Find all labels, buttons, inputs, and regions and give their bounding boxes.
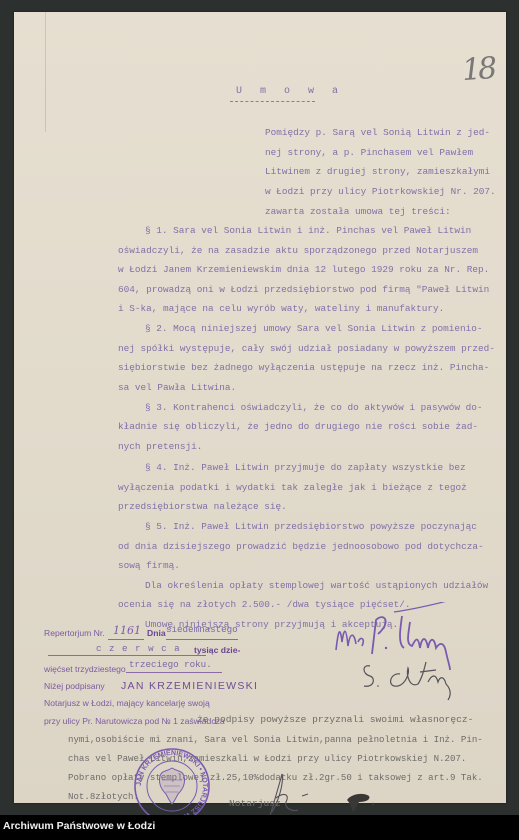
paragraph-2-line: § 2. Mocą niniejszej umowy Sara vel Soni… [145, 323, 483, 334]
paragraph-4-line: § 4. Inż. Paweł Litwin przyjmuje do zapł… [145, 462, 466, 473]
paragraph-4-line: wyłączenia podatki i wydatki tak zaległe… [118, 482, 467, 493]
signed-label: Niżej podpisany [44, 681, 105, 691]
paragraph-5-line: od dnia dzisiejszego prowadzić będzie je… [118, 541, 484, 552]
day-value: siedemnastego [166, 624, 238, 635]
intro-line: w Łodzi przy ulicy Piotrkowskiej Nr. 207… [265, 186, 496, 197]
paragraph-1-line: w Łodzi Janem Krzemieniewskim dnia 12 lu… [118, 264, 489, 275]
fill-line [126, 672, 222, 673]
certification-line: chas vel Paweł Litwin,zamieszkali w Łodz… [68, 753, 466, 764]
signature-s-litwin [356, 652, 466, 702]
paragraph-1-line: § 1. Sara vel Sonia Litwin i inż. Pincha… [145, 225, 471, 236]
fill-line [166, 639, 238, 640]
archive-name: Archiwum Państwowe w Łodzi [3, 820, 155, 832]
paragraph-1-line: 604, prowadzą oni w Łodzi przedsiębiorst… [118, 284, 489, 295]
paragraph-3-line: § 3. Kontrahenci oświadczyli, że co do a… [145, 402, 483, 413]
fill-line [48, 655, 206, 656]
paragraph-5-line: sową firmą. [118, 560, 180, 571]
office-line: Notarjusz w Łodzi, mający kancelarję swo… [44, 698, 210, 708]
document-title: U m o w a [236, 85, 344, 98]
image-viewer: 18 U m o w a Pomiędzy p. Sarą vel Sonią … [0, 0, 519, 815]
document-page: 18 U m o w a Pomiędzy p. Sarą vel Sonią … [14, 12, 506, 803]
paragraph-2-line: sa vel Pawła Litwina. [118, 382, 236, 393]
paper-fold-line [45, 12, 46, 132]
year-prefix-text: tysiąc dzie- [194, 645, 240, 655]
month-value: c z e r w c a [96, 643, 181, 654]
paragraph-2-line: nej spółki występuje, cały swój udział p… [118, 343, 495, 354]
paragraph-3-line: kładnie się obliczyli, że jedno do drugi… [118, 421, 478, 432]
notary-signature [250, 772, 320, 817]
certification-line: Not.8złotych. [68, 791, 139, 802]
title-underline [230, 101, 315, 102]
ink-blot [345, 792, 375, 814]
intro-line: Pomiędzy p. Sarą vel Sonią Litwin z jed- [265, 127, 490, 138]
stamp-duty-line: Dla określenia opłaty stemplowej wartość… [145, 580, 488, 591]
fill-line [108, 639, 144, 640]
paragraph-1-line: oświadczyli, że na zasadzie aktu sporząd… [118, 245, 478, 256]
year-line-label: więćset trzydziestego [44, 664, 126, 674]
dnia-label: Dnia [147, 628, 166, 638]
repertorium-number: 1161 [113, 624, 141, 637]
paragraph-3-line: nych pretensji. [118, 441, 202, 452]
certification-line: że podpisy powyższe przyznali swoimi wła… [197, 714, 473, 725]
repertorium-label: Repertorjum Nr. [44, 628, 105, 638]
paragraph-4-line: przedsiębiorstwa należące się. [118, 501, 287, 512]
intro-line: Litwinem z drugiej strony, zamieszkałymi [265, 166, 490, 177]
certification-line: nymi,osobiście mi znani, Sara vel Sonia … [68, 734, 483, 745]
year-prefix: tysiąc dzie- [194, 645, 240, 655]
intro-line: zawarta została umowa tej treści: [265, 206, 451, 217]
notary-seal-icon: JAN KRZEMIENIEWSKI • NOTARJUSZ W ŁODZI [132, 746, 212, 826]
folio-number: 18 [461, 51, 496, 88]
paragraph-1-line: i S-ka, mające na celu wyrób waty, watel… [118, 303, 444, 314]
dnia-label-text: Dnia [147, 628, 166, 638]
paragraph-5-line: § 5. Inż. Paweł Litwin przedsiębiorstwo … [145, 521, 477, 532]
intro-line: nej strony, a p. Pinchasem vel Pawłem [265, 147, 473, 158]
year-value: trzeciego roku. [129, 659, 212, 670]
archive-footer: Archiwum Państwowe w Łodzi [0, 815, 519, 840]
notary-name: JAN KRZEMIENIEWSKI [121, 680, 258, 692]
paragraph-2-line: siębiorstwie bez żadnego wyłączenia ustę… [118, 362, 489, 373]
